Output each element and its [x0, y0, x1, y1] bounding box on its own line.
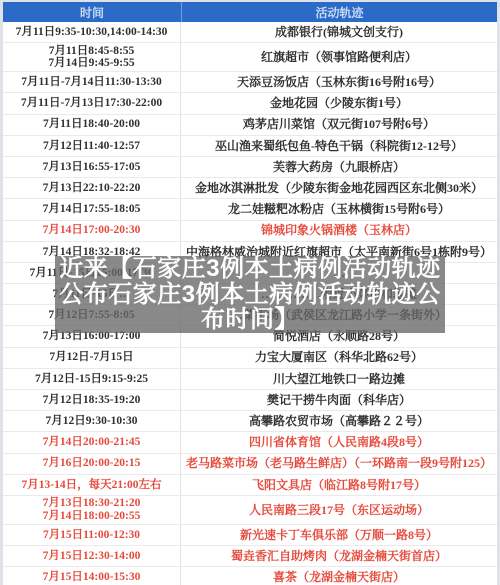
- time-cell: 7月12日18:35-19:20: [3, 390, 181, 410]
- track-text: 樊记干捞牛肉面（科华店）: [267, 394, 411, 407]
- time-text: 7月11日-7月14日11:30-13:30: [21, 76, 162, 89]
- track-text: 红旗超市（领事馆路便利店）: [261, 51, 417, 64]
- time-cell: 7月11日8:45-8:557月14日9:45-9:55: [3, 43, 181, 71]
- track-cell: 蜀垚香汇自助烤肉（龙湖金楠天街首店）: [181, 546, 497, 566]
- track-text: 龙二娃糍粑冰粉店（玉林横街15号附6号）: [228, 203, 450, 216]
- time-cell: 7月16日20:00-20:15: [3, 454, 181, 474]
- table-row: 7月12日11:40-12:57巫山渔来蜀纸包鱼-特色干锅（科院街12-12号）: [3, 136, 497, 157]
- time-text: 7月14日18:00-20:55: [43, 510, 141, 523]
- time-text: 7月11日18:40-20:00: [43, 118, 140, 131]
- time-text: 7月11日8:45-8:55: [49, 45, 135, 58]
- track-cell: 高攀路农贸市场（高攀路２２号）: [181, 411, 497, 431]
- table-row: 7月12日-15日9:15-9:25川大望江地铁口一路边摊: [3, 369, 497, 390]
- track-cell: 樊记干捞牛肉面（科华店）: [181, 390, 497, 410]
- track-text: 四川省体育馆（人民南路4段8号）: [249, 436, 429, 449]
- table-row: 7月13日22:10-22:20金地冰淇淋批发（少陵东街金地花园西区东北侧30米…: [3, 178, 497, 199]
- time-text: 7月12日11:40-12:57: [43, 140, 140, 153]
- track-cell: 四川省体育馆（人民南路4段8号）: [181, 432, 497, 452]
- table-row: 7月15日11:00-12:30新光速卡丁车俱乐部（万顺一路8号）: [3, 525, 497, 546]
- table-row: 7月12日-7月15日力宝大厦南区（科华北路62号）: [3, 348, 497, 369]
- table-row: 7月11日-7月14日11:30-13:30天添豆汤饭店（玉林东街16号附16号…: [3, 72, 497, 93]
- table-row: 7月16日20:00-20:15老马路菜市场（老马路生鲜店）（一环路南一段9号附…: [3, 454, 497, 475]
- time-cell: 7月13日16:55-17:05: [3, 157, 181, 177]
- time-text: 7月16日20:00-20:15: [43, 457, 141, 470]
- watermark-overlay: 近来【石家庄3例本土病例活动轨迹公布石家庄3例本土病例活动轨迹公布时间】: [55, 256, 445, 333]
- time-text: 7月14日20:00-21:45: [43, 436, 141, 449]
- time-text: 7月12日18:35-19:20: [43, 394, 141, 407]
- track-cell: 金地冰淇淋批发（少陵东街金地花园西区东北侧30米）: [181, 178, 497, 198]
- time-cell: 7月11日-7月14日11:30-13:30: [3, 72, 181, 92]
- track-cell: 龙二娃糍粑冰粉店（玉林横街15号附6号）: [181, 199, 497, 219]
- track-cell: 金地花园（少陵东街1号）: [181, 93, 497, 113]
- track-cell: 巫山渔来蜀纸包鱼-特色干锅（科院街12-12号）: [181, 136, 497, 156]
- track-cell: 老马路菜市场（老马路生鲜店）（一环路南一段9号附125）: [181, 454, 497, 474]
- time-text: 7月12日-7月15日: [49, 351, 133, 364]
- time-cell: 7月13日18:30-21:207月14日18:00-20:55: [3, 496, 181, 524]
- time-text: 7月15日11:00-12:30: [43, 529, 140, 542]
- time-cell: 7月14日17:55-18:05: [3, 199, 181, 219]
- time-text: 7月14日17:00-20:30: [43, 224, 141, 237]
- track-cell: 鸡茅店川菜馆（双元街107号附6号）: [181, 115, 497, 135]
- table-row: 7月14日17:55-18:05龙二娃糍粑冰粉店（玉林横街15号附6号）: [3, 199, 497, 220]
- time-cell: 7月12日-7月15日: [3, 348, 181, 368]
- time-cell: 7月15日12:30-14:00: [3, 546, 181, 566]
- column-header-track: 活动轨迹: [182, 2, 497, 22]
- track-cell: 人民南路三段17号（东区运动场）: [181, 496, 497, 524]
- time-text: 7月12日-15日9:15-9:25: [35, 373, 148, 386]
- time-cell: 7月14日17:00-20:30: [3, 221, 181, 241]
- time-text: 7月11日-7月13日17:30-22:00: [21, 97, 162, 110]
- track-text: 高攀路农贸市场（高攀路２２号）: [249, 415, 429, 428]
- track-text: 川大望江地铁口一路边摊: [273, 373, 405, 386]
- watermark-title-line: 公布石家庄3例本土病例活动轨迹公: [59, 282, 440, 308]
- track-text: 巫山渔来蜀纸包鱼-特色干锅（科院街12-12号）: [215, 140, 463, 153]
- track-text: 老马路菜市场（老马路生鲜店）（一环路南一段9号附125）: [186, 457, 492, 470]
- track-cell: 力宝大厦南区（科华北路62号）: [181, 348, 497, 368]
- table-row: 7月13日18:30-21:207月14日18:00-20:55人民南路三段17…: [3, 496, 497, 525]
- track-text: 喜茶（龙湖金楠天街店）: [273, 571, 405, 584]
- track-cell: 喜茶（龙湖金楠天街店）: [181, 567, 497, 585]
- track-text: 飞阳文具店（临江路8号附17号）: [252, 479, 426, 492]
- track-text: 金地花园（少陵东街1号）: [270, 97, 408, 110]
- track-cell: 红旗超市（领事馆路便利店）: [181, 43, 497, 71]
- time-cell: 7月15日11:00-12:30: [3, 525, 181, 545]
- column-header-time: 时间: [3, 2, 182, 22]
- time-text: 7月13日22:10-22:20: [43, 182, 141, 195]
- track-text: 天添豆汤饭店（玉林东街16号附16号）: [237, 76, 441, 89]
- table-row: 7月15日14:00-15:30喜茶（龙湖金楠天街店）: [3, 567, 497, 585]
- track-text: 鸡茅店川菜馆（双元街107号附6号）: [243, 118, 435, 131]
- table-row: 7月14日17:00-20:30锦城印象火锅酒楼（玉林店）: [3, 221, 497, 242]
- time-cell: 7月13日22:10-22:20: [3, 178, 181, 198]
- track-text: 力宝大厦南区（科华北路62号）: [255, 351, 423, 364]
- track-text: 锦城印象火锅酒楼（玉林店）: [261, 224, 417, 237]
- track-cell: 锦城印象火锅酒楼（玉林店）: [181, 221, 497, 241]
- track-text: 成都银行(锦城文创支行): [275, 26, 403, 39]
- time-cell: 7月12日-15日9:15-9:25: [3, 369, 181, 389]
- table-row: 7月14日20:00-21:45四川省体育馆（人民南路4段8号）: [3, 432, 497, 453]
- table-row: 7月12日18:35-19:20樊记干捞牛肉面（科华店）: [3, 390, 497, 411]
- track-cell: 天添豆汤饭店（玉林东街16号附16号）: [181, 72, 497, 92]
- watermark-title-line: 布时间】: [201, 307, 299, 333]
- time-text: 7月12日9:30-10:30: [46, 415, 138, 428]
- track-cell: 芙蓉大药房（九眼桥店）: [181, 157, 497, 177]
- table-row: 7月13-14日，每天21:00左右飞阳文具店（临江路8号附17号）: [3, 475, 497, 496]
- watermark-title-line: 近来【石家庄3例本土病例活动轨迹: [59, 256, 440, 282]
- table-row: 7月13日16:55-17:05芙蓉大药房（九眼桥店）: [3, 157, 497, 178]
- time-cell: 7月11日-7月13日17:30-22:00: [3, 93, 181, 113]
- time-cell: 7月12日11:40-12:57: [3, 136, 181, 156]
- time-text: 7月11日9:35-10:30,14:00-14:30: [16, 26, 168, 39]
- table-row: 7月11日8:45-8:557月14日9:45-9:55红旗超市（领事馆路便利店…: [3, 43, 497, 72]
- time-cell: 7月12日9:30-10:30: [3, 411, 181, 431]
- track-text: 蜀垚香汇自助烤肉（龙湖金楠天街首店）: [231, 550, 447, 563]
- table-row: 7月11日9:35-10:30,14:00-14:30成都银行(锦城文创支行): [3, 22, 497, 43]
- time-text: 7月13日16:55-17:05: [43, 161, 141, 174]
- time-text: 7月13-14日，每天21:00左右: [22, 479, 162, 492]
- time-cell: 7月14日20:00-21:45: [3, 432, 181, 452]
- table-row: 7月12日9:30-10:30高攀路农贸市场（高攀路２２号）: [3, 411, 497, 432]
- time-cell: 7月11日18:40-20:00: [3, 115, 181, 135]
- track-cell: 成都银行(锦城文创支行): [181, 22, 497, 42]
- track-text: 金地冰淇淋批发（少陵东街金地花园西区东北侧30米）: [195, 182, 483, 195]
- track-cell: 川大望江地铁口一路边摊: [181, 369, 497, 389]
- table-row: 7月11日-7月13日17:30-22:00金地花园（少陵东街1号）: [3, 93, 497, 114]
- time-cell: 7月11日9:35-10:30,14:00-14:30: [3, 22, 181, 42]
- time-text: 7月14日9:45-9:55: [48, 57, 134, 70]
- table-row: 7月11日18:40-20:00鸡茅店川菜馆（双元街107号附6号）: [3, 115, 497, 136]
- time-cell: 7月13-14日，每天21:00左右: [3, 475, 181, 495]
- track-text: 新光速卡丁车俱乐部（万顺一路8号）: [240, 529, 438, 542]
- track-cell: 新光速卡丁车俱乐部（万顺一路8号）: [181, 525, 497, 545]
- track-cell: 飞阳文具店（临江路8号附17号）: [181, 475, 497, 495]
- time-text: 7月14日17:55-18:05: [43, 203, 141, 216]
- time-cell: 7月15日14:00-15:30: [3, 567, 181, 585]
- table-header-row: 时间 活动轨迹: [3, 2, 497, 22]
- time-text: 7月13日18:30-21:20: [43, 497, 141, 510]
- table-row: 7月15日12:30-14:00蜀垚香汇自助烤肉（龙湖金楠天街首店）: [3, 546, 497, 567]
- time-text: 7月15日14:00-15:30: [43, 571, 141, 584]
- time-text: 7月15日12:30-14:00: [43, 550, 141, 563]
- track-text: 芙蓉大药房（九眼桥店）: [273, 161, 405, 174]
- track-text: 人民南路三段17号（东区运动场）: [249, 504, 429, 517]
